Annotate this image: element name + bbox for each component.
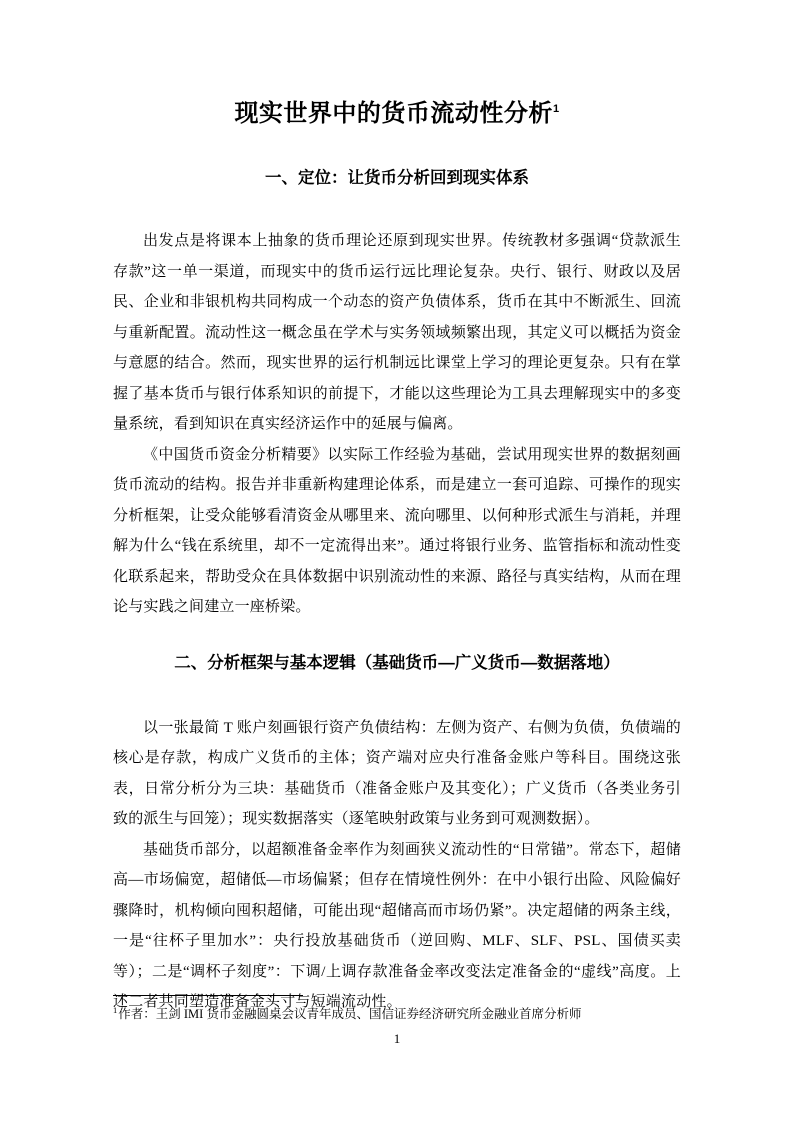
- footnote-block: 1作者：王剑 IMI 货币金融圆桌会议青年成员、国信证券经济研究所金融业首席分析…: [113, 995, 681, 1023]
- footnote-marker: 1: [113, 1005, 117, 1015]
- section-heading-1: 一、定位：让货币分析回到现实体系: [113, 167, 681, 189]
- paragraph-2: 《中国货币资金分析精要》以实际工作经验为基础，尝试用现实世界的数据刻画货币流动的…: [113, 440, 681, 623]
- document-title: 现实世界中的货币流动性分析1: [113, 97, 681, 131]
- footnote-text: 作者：王剑 IMI 货币金融圆桌会议青年成员、国信证券经济研究所金融业首席分析师: [118, 1007, 581, 1021]
- page-number: 1: [0, 1031, 794, 1047]
- paragraph-3: 以一张最简 T 账户刻画银行资产负债结构：左侧为资产、右侧为负债，负债端的核心是…: [113, 713, 681, 835]
- paragraph-1: 出发点是将课本上抽象的货币理论还原到现实世界。传统教材多强调“贷款派生存款”这一…: [113, 226, 681, 440]
- paragraph-4: 基础货币部分，以超额准备金率作为刻画狭义流动性的“日常锚”。常态下，超储高—市场…: [113, 835, 681, 1018]
- footnote: 1作者：王剑 IMI 货币金融圆桌会议青年成员、国信证券经济研究所金融业首席分析…: [113, 1006, 681, 1023]
- document-page: 现实世界中的货币流动性分析1 一、定位：让货币分析回到现实体系 出发点是将课本上…: [0, 0, 794, 1123]
- section-heading-2: 二、分析框架与基本逻辑（基础货币—广义货币—数据落地）: [113, 652, 681, 674]
- document-content: 现实世界中的货币流动性分析1 一、定位：让货币分析回到现实体系 出发点是将课本上…: [113, 0, 681, 1018]
- footnote-separator: [113, 995, 303, 996]
- document-title-text: 现实世界中的货币流动性分析: [234, 100, 553, 127]
- footnote-reference-icon: 1: [553, 103, 560, 115]
